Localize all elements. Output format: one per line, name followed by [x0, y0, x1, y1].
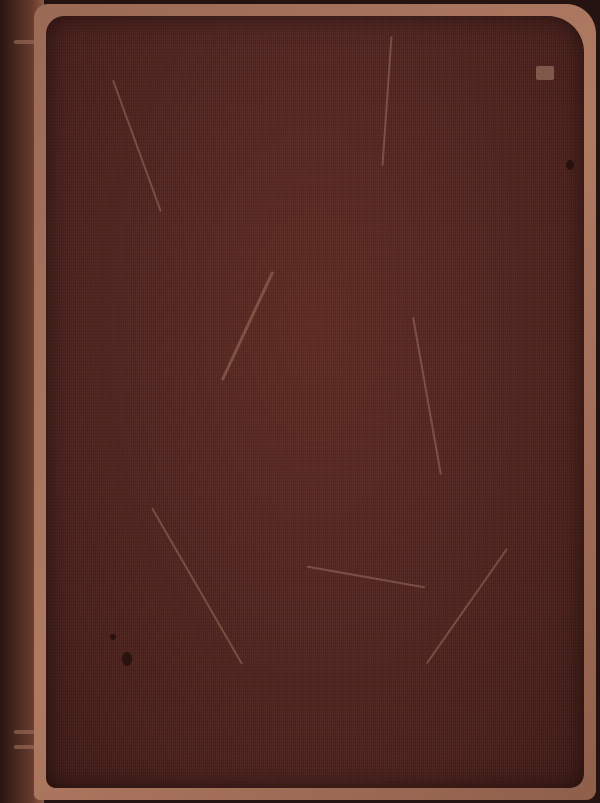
- stain-spot: [110, 634, 116, 640]
- faded-title: [196, 216, 536, 356]
- wear-patch: [536, 66, 554, 80]
- book-photo: [0, 0, 600, 803]
- scratch: [426, 548, 508, 664]
- stain-spot: [566, 160, 574, 170]
- scratch: [151, 508, 243, 665]
- stain-spot: [122, 652, 132, 666]
- scratch: [112, 80, 162, 212]
- scratch: [307, 566, 426, 589]
- scratch: [381, 36, 392, 166]
- cover-cloth: [46, 16, 584, 788]
